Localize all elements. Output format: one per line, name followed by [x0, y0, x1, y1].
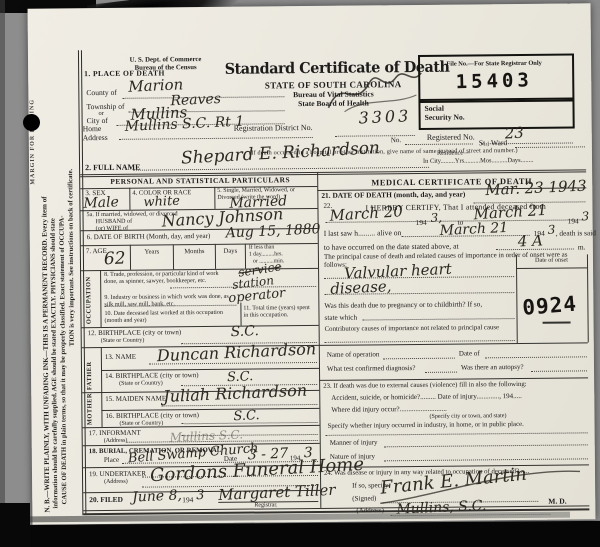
full-name-value: Shepard E. Richardson [181, 140, 381, 168]
age-less-line1: If less than [249, 244, 274, 251]
cell-divider [129, 188, 130, 210]
father-name-label: 13. NAME [105, 354, 136, 362]
dotted-line [383, 358, 455, 360]
home-address-value: Mullins S.C. Rt 1 [124, 115, 244, 134]
dotted-line [425, 372, 457, 373]
pregnancy-line2: state which [324, 314, 357, 322]
cell-divider [214, 187, 215, 209]
father-bp-label: 14. BIRTHPLACE (city or town) [105, 372, 199, 381]
age-days-head: Days [216, 248, 245, 256]
rule [319, 342, 588, 346]
birthplace-value: S.C. [230, 324, 259, 339]
occupation-side-label: OCCUPATION [85, 274, 92, 324]
occupation-item8: 8. Trade, profession, or particular kind… [104, 271, 232, 286]
rule [83, 425, 320, 428]
file-box-label: File No.—For State Registrar Only [420, 60, 568, 69]
occupation-item10: 10. Date deceased last worked at this oc… [104, 310, 232, 325]
birthplace-label: 12. BIRTHPLACE (city or town) [88, 329, 182, 338]
manner-label: Manner of injury [330, 439, 378, 447]
dotted-line [384, 458, 588, 461]
dotted-line [485, 356, 587, 358]
sex-value: Male [83, 195, 119, 211]
rule [82, 325, 319, 328]
registered-no-value: 23 [504, 126, 524, 142]
dotted-line [384, 444, 588, 447]
stamp-0924: 0924 [522, 292, 578, 320]
specify-city-note: (Specify city or town, and state) [429, 413, 506, 420]
onset-column-right [587, 254, 589, 342]
dotted-line [405, 143, 473, 145]
cell-divider [100, 270, 102, 327]
dotted-line [119, 137, 313, 140]
autopsy-label: Was there an autopsy? [461, 364, 524, 372]
test-label: What test confirmed diagnosis? [327, 365, 416, 374]
father-bp-sub: (State or Country) [119, 380, 163, 387]
full-name-label: 2. FULL NAME [85, 164, 140, 173]
mother-bp-value: S.C. [233, 409, 260, 423]
father-side-label: FATHER [86, 350, 93, 390]
address-label: Address [83, 134, 108, 143]
margin-note-line4: TION is very important. See instructions… [66, 36, 76, 346]
year-digit2: 3 [581, 210, 589, 222]
mother-name-label: 15. MAIDEN NAME [105, 395, 166, 403]
specify-line: Specify whether injury occurred in indus… [328, 421, 524, 430]
cell-divider [240, 303, 241, 326]
ssn-box: Social Security No. [418, 99, 574, 129]
rule [101, 408, 319, 411]
registrar-name-value: Margaret Tiller [218, 483, 336, 503]
signature-flourish [372, 465, 592, 509]
burial-place-label: Place [104, 457, 119, 465]
age-years-head: Years [131, 248, 173, 256]
dod-value: Mar. 23 1943 [485, 179, 587, 198]
contributory-line: Contributory causes of importance not re… [325, 324, 513, 333]
dob-value: Aug 15, 1880 [225, 222, 320, 240]
undertaker-label: 19. UNDERTAKER [89, 471, 146, 479]
undertaker-sub: (Address) [104, 479, 128, 486]
dod-label: 21. DATE OF DEATH (month, day, and year) [321, 191, 465, 201]
informant-label: 17. INFORMANT [89, 430, 141, 438]
scan-bottom-band [0, 521, 600, 547]
scan-bottom-left-corner [0, 503, 30, 547]
sec23-line: 23. If death was due to external causes … [323, 381, 527, 391]
registration-district-value: 3303 [358, 108, 411, 126]
age-years-value: 62 [104, 250, 126, 268]
rule [516, 267, 587, 269]
filed-label: 20. FILED [89, 496, 123, 505]
rule [81, 243, 318, 246]
onset-label: Date of onset [517, 257, 586, 265]
year-digit3: 3 [547, 224, 555, 236]
age-less-line2: 1 day.........hrs. [249, 251, 283, 258]
last-saw-line: I last saw h......... alive on [324, 229, 402, 238]
informant-sub: (Address) [104, 438, 128, 445]
death-hour-value: 4 A [517, 233, 543, 249]
pregnancy-line1: Was this death due to pregnancy or to ch… [324, 300, 482, 310]
dotted-line [363, 318, 515, 320]
personal-section-header: PERSONAL AND STATISTICAL PARTICULARS [83, 176, 317, 187]
rule [543, 322, 571, 324]
operation-label: Name of operation [327, 351, 380, 359]
occupation-word3: operator [228, 287, 286, 305]
mother-side-label: MOTHER [86, 394, 93, 425]
dotted-line [335, 135, 415, 137]
dotted-line [515, 146, 585, 148]
race-value: white [143, 195, 180, 210]
filed-year-pre: 194 [182, 496, 193, 504]
date-of-label: Date of [459, 350, 480, 358]
father-name-value: Duncan Richardson [157, 341, 317, 364]
occupation-item11: 11. Total time (years) spent in this occ… [243, 305, 315, 319]
dotted-line [182, 434, 318, 436]
filed-date-value: June 8, [132, 488, 182, 504]
registrar-label: Registrar. [254, 502, 277, 509]
dotted-line [133, 167, 429, 171]
file-number-box: File No.—For State Registrar Only 15403 [418, 53, 574, 100]
age-months-head: Months [174, 248, 215, 256]
dotted-line [182, 422, 318, 424]
margin-binding-label: MARGIN FOR BINDING [29, 25, 37, 185]
filed-year-digit: 3 [196, 489, 205, 502]
mother-bp-label: 16. BIRTHPLACE (city or town) [105, 412, 199, 421]
rule [101, 368, 319, 371]
township-label: Township of [86, 103, 124, 112]
county-label: County of [86, 89, 117, 98]
registered-no-label: Registered No. [427, 133, 475, 142]
rule [319, 377, 588, 381]
scanned-death-certificate: MARGIN FOR BINDING N. B.—WRITE PLAINLY, … [0, 0, 600, 547]
mother-name-value: Juliah Richardson [163, 383, 307, 405]
death-said-text: , death is said [556, 229, 596, 238]
ssn-label2: Security No. [425, 114, 465, 123]
no-label: No. [391, 137, 401, 145]
residence-label: Residence— [437, 149, 470, 156]
dotted-line [326, 432, 588, 436]
certificate-sheet: MARGIN FOR BINDING N. B.—WRITE PLAINLY, … [28, 3, 596, 524]
dob-label: 6. DATE OF BIRTH (Month, day, and year) [87, 233, 211, 242]
dotted-line [531, 370, 587, 372]
accident-line: Accident, suicide, or homicide?.........… [331, 393, 522, 403]
residence-line: In City.........Yrs..........Mos........… [423, 157, 533, 165]
punch-hole [23, 114, 40, 131]
registration-district-label: Registration District No. [234, 124, 313, 134]
file-number: 15403 [420, 68, 569, 94]
scan-left-strip [0, 0, 5, 547]
birthplace-sub: (State or Country) [101, 338, 145, 345]
